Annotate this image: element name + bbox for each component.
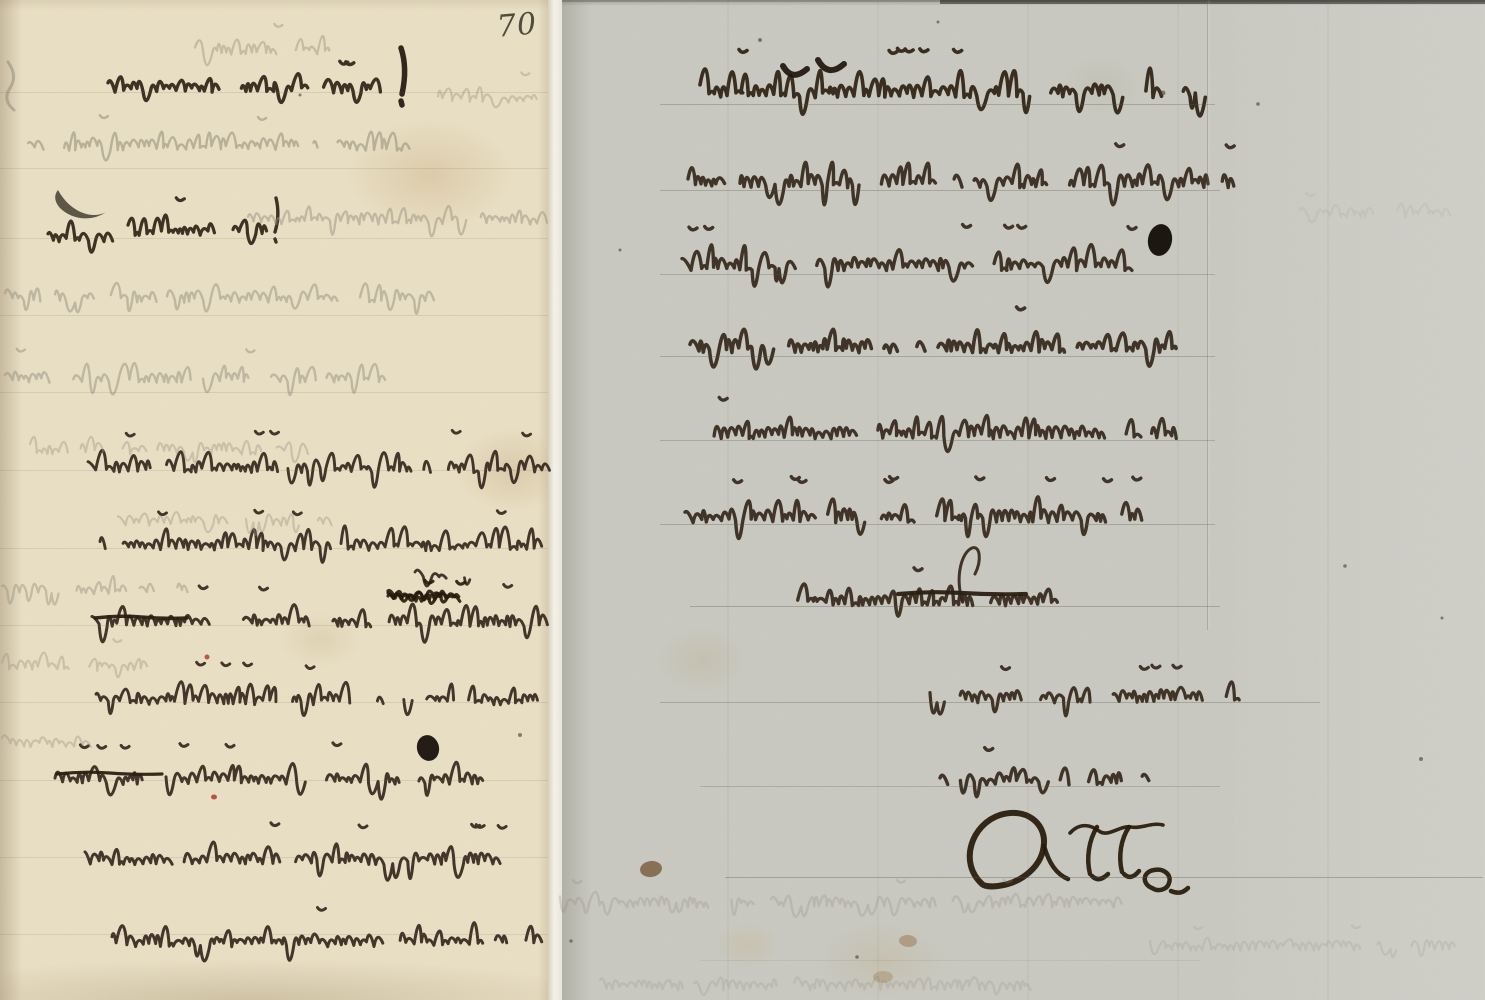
rule-line (660, 104, 1215, 105)
rule-line (725, 877, 1483, 878)
rule-line (690, 606, 1220, 607)
laid-paper-chain-line (1177, 0, 1179, 1000)
laid-paper-chain-line (1327, 0, 1329, 1000)
scan-top-edge-dark (940, 0, 1485, 4)
rule-line (0, 780, 548, 781)
letter-scan: 70 den 27ten April ! Liebe Mutter! Dein … (0, 0, 1485, 1000)
rule-line (0, 315, 548, 316)
laid-paper-chain-line (1027, 0, 1029, 1000)
rule-line (660, 524, 1215, 525)
rule-line (0, 934, 548, 935)
rule-line (0, 702, 548, 703)
rule-line (660, 440, 1215, 441)
rule-line (0, 392, 548, 393)
left-page (0, 0, 548, 1000)
page-number: 70 (496, 6, 539, 44)
rule-line (0, 238, 548, 239)
laid-paper-chain-line (877, 0, 879, 1000)
fold-crease (1207, 0, 1208, 630)
rule-line (0, 92, 548, 93)
laid-paper-chain-line (727, 0, 729, 1000)
rule-line (0, 470, 548, 471)
rule-line (700, 786, 1220, 787)
page-gutter (548, 0, 562, 1000)
rule-line (0, 625, 548, 626)
rule-line (660, 356, 1215, 357)
rule-line (660, 190, 1220, 191)
rule-line (700, 960, 1200, 961)
right-page (562, 0, 1485, 1000)
rule-line (660, 274, 1215, 275)
rule-line (0, 857, 548, 858)
rule-line (0, 548, 548, 549)
rule-line (660, 702, 1320, 703)
rule-line (0, 168, 548, 169)
